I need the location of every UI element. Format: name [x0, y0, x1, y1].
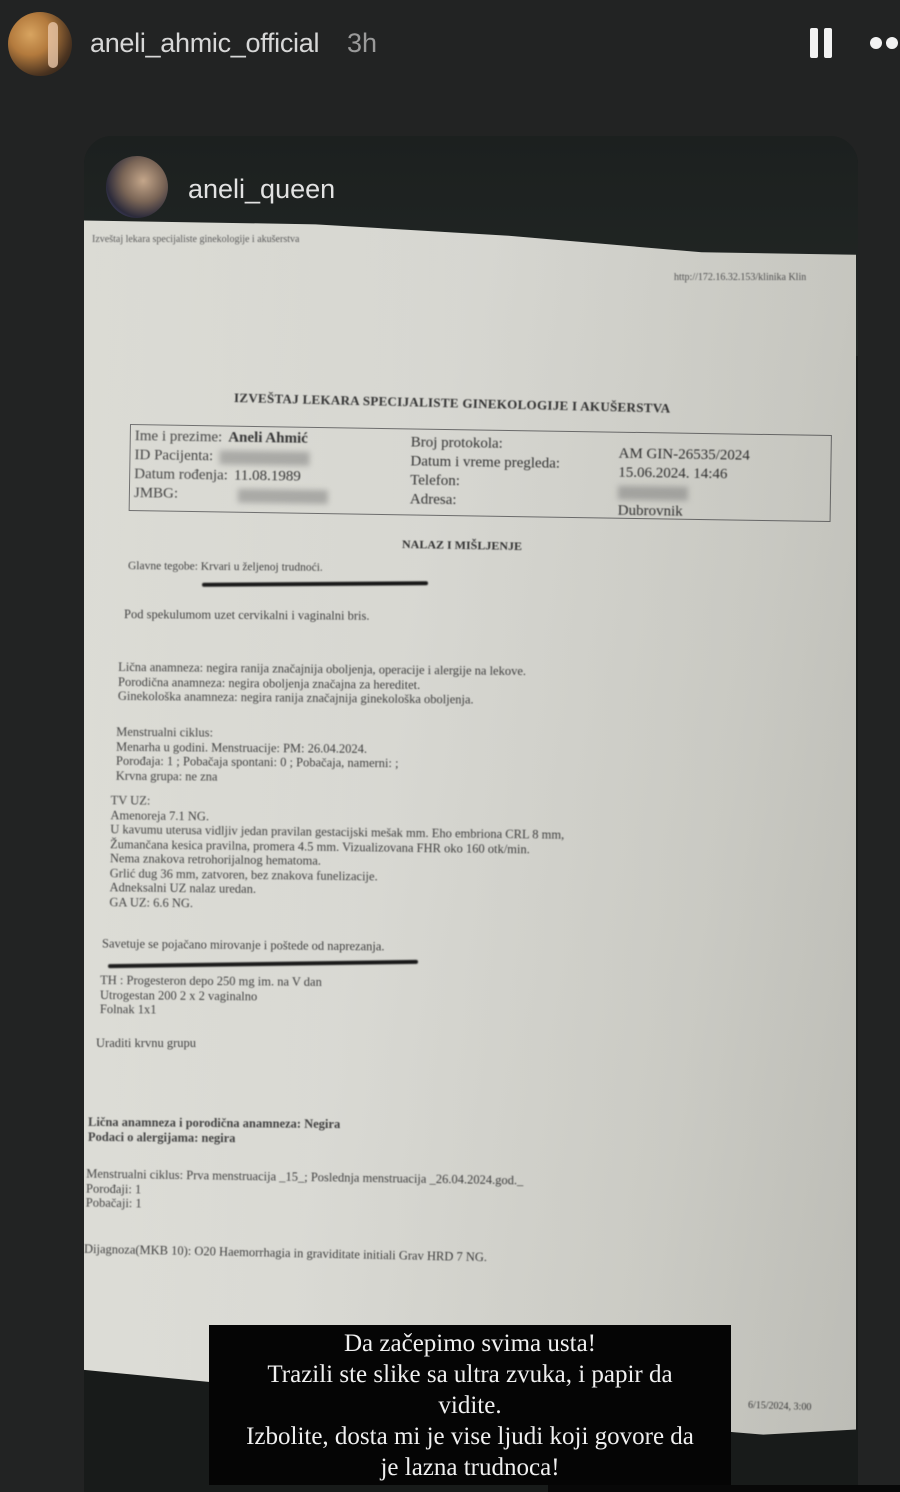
findings-heading: NALAZ I MIŠLJENJE — [402, 537, 522, 554]
protocol-label: Broj protokola: — [411, 433, 561, 454]
summary-line: Podaci o alergijama: negira — [88, 1129, 340, 1146]
more-options-icon[interactable] — [868, 32, 900, 56]
story-caption: Da začepimo svima usta! Trazili ste slik… — [209, 1325, 731, 1485]
caption-line: Trazili ste slike sa ultra zvuka, i papi… — [209, 1359, 731, 1390]
patient-info-box: Ime i prezime:Aneli Ahmić ID Pacijenta: … — [129, 424, 832, 522]
blood-test-note: Uraditi krvnu grupu — [96, 1036, 196, 1051]
protocol-values: AM GIN-26535/2024 15.06.2024. 14:46 Dubr… — [618, 445, 750, 523]
report-header-url: http://172.16.32.153/klinika Klin — [674, 272, 806, 283]
report-title: IZVEŠTAJ LEKARA SPECIJALISTE GINEKOLOGIJ… — [234, 390, 671, 417]
advice-note: Savetuje se pojačano mirovanje i poštede… — [102, 937, 385, 954]
redacted-phone — [618, 485, 688, 500]
ultrasound-block: TV UZ: Amenoreja 7.1 NG. U kavumu uterus… — [109, 793, 564, 915]
protocol-value: AM GIN-26535/2024 — [618, 445, 750, 466]
menstrual-line: Krvna grupa: ne zna — [116, 768, 399, 785]
story-username[interactable]: aneli_ahmic_official — [90, 28, 319, 59]
therapy-line: TH : Progesteron depo 250 mg im. na V da… — [100, 973, 322, 989]
pen-underline-mark — [202, 581, 428, 587]
repost-avatar[interactable] — [106, 156, 168, 218]
reposted-story-card[interactable]: aneli_queen Izveštaj lekara specijaliste… — [84, 136, 858, 1492]
summary-line: Lična anamneza i porodična anamneza: Neg… — [88, 1115, 340, 1132]
exam-datetime-label: Datum i vreme pregleda: — [410, 452, 560, 473]
pen-underline-mark-2 — [108, 960, 418, 968]
address-value: Dubrovnik — [618, 502, 750, 523]
redacted-jmbg — [238, 488, 328, 503]
protocol-labels: Broj protokola: Datum i vreme pregleda: … — [410, 433, 561, 511]
caption-line: Izbolite, dosta mi je vise ljudi koji go… — [209, 1421, 731, 1452]
patient-info: Ime i prezime:Aneli Ahmić ID Pacijenta: … — [134, 427, 329, 506]
diagnosis-line: Dijagnoza(MKB 10): O20 Haemorrhagia in g… — [84, 1242, 487, 1265]
dob-value: 11.08.1989 — [234, 467, 301, 487]
therapy-block: TH : Progesteron depo 250 mg im. na V da… — [100, 973, 322, 1018]
patient-id-label: ID Pacijenta: — [134, 446, 213, 466]
summary-cycle-block: Menstrualni ciklus: Prva menstruacija _1… — [86, 1167, 524, 1217]
report-header-small: Izveštaj lekara specijaliste ginekologij… — [92, 234, 299, 245]
therapy-line: Folnak 1x1 — [100, 1002, 322, 1018]
caption-line: je lazna trudnoca! — [209, 1452, 731, 1483]
address-label: Adresa: — [410, 490, 560, 511]
summary-block: Lična anamneza i porodična anamneza: Neg… — [88, 1115, 340, 1146]
chief-complaint: Glavne tegobe: Krvari u željenoj trudnoć… — [128, 559, 323, 575]
pause-icon[interactable] — [806, 24, 836, 64]
caption-line: vidite. — [209, 1390, 731, 1421]
anamnesis-line: Ginekološka anamneza: negira ranija znač… — [118, 689, 526, 708]
phone-label: Telefon: — [410, 471, 560, 492]
story-time-ago: 3h — [347, 28, 377, 59]
name-value: Aneli Ahmić — [228, 429, 308, 449]
story-header: aneli_ahmic_official 3h — [0, 0, 900, 95]
exam-datetime-value: 15.06.2024. 14:46 — [618, 464, 750, 485]
menstrual-block: Menstrualni ciklus: Menarha u godini. Me… — [116, 725, 399, 785]
print-timestamp: 6/15/2024, 3:00 — [748, 1399, 812, 1416]
jmbg-label: JMBG: — [134, 484, 178, 504]
profile-avatar[interactable] — [8, 12, 72, 76]
redacted-patient-id — [219, 450, 309, 465]
anamnesis-block: Lična anamneza: negira ranija značajnija… — [118, 660, 526, 708]
dob-label: Datum rođenja: — [134, 465, 228, 485]
speculum-note: Pod spekulumom uzet cervikalni i vaginal… — [124, 607, 370, 623]
cropped-watermark-strip — [548, 1485, 900, 1492]
medical-report-photo: Izveštaj lekara specijaliste ginekologij… — [84, 204, 856, 1474]
name-label: Ime i prezime: — [135, 427, 223, 447]
repost-username[interactable]: aneli_queen — [188, 174, 335, 205]
caption-line: Da začepimo svima usta! — [209, 1328, 731, 1359]
